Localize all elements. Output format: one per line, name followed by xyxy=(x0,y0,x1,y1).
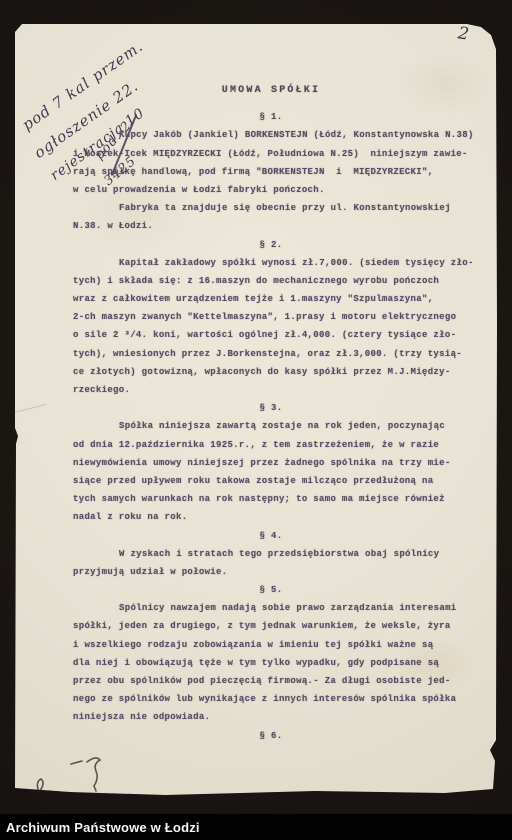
ink-smudges xyxy=(19,750,169,805)
paragraph: Kapitał zakładowy spółki wynosi zł.7,000… xyxy=(73,254,469,400)
text-line: przez obu spólników pod pieczęcią firmow… xyxy=(73,672,469,690)
section-heading: § 1. xyxy=(73,108,469,126)
text-line: rzeckiego. xyxy=(73,381,469,399)
text-line: tych) i składa się: z 16.maszyn do mecha… xyxy=(73,272,469,290)
document-page: pod 7 kal przem. ogłoszenie 22. rejestra… xyxy=(15,24,497,796)
text-line: w celu prowadzenia w Łodzi fabryki pończ… xyxy=(73,181,469,199)
section-heading: § 5. xyxy=(73,581,469,599)
text-line: Kupcy Jakób (Jankiel) BORKENSTEJN (Łódź,… xyxy=(73,126,469,144)
text-line: tych), wniesionych przez J.Borkenstejna,… xyxy=(73,345,469,363)
text-line: siące przed upływem roku takowa zostaje … xyxy=(73,472,469,490)
paragraph: Kupcy Jakób (Jankiel) BORKENSTEJN (Łódź,… xyxy=(73,126,469,199)
document-title: UMOWA SPÓŁKI xyxy=(73,82,469,100)
paragraph: Spólnicy nawzajem nadają sobie prawo zar… xyxy=(73,599,469,726)
text-line: W zyskach i stratach tego przedsiębiorst… xyxy=(73,545,469,563)
archive-name: Archiwum Państwowe w Łodzi xyxy=(0,820,200,835)
text-line: i Moszek-Icek MIĘDZYRZECKI (Łódź, Połudn… xyxy=(73,145,469,163)
paragraph: Fabryka ta znajduje się obecnie przy ul.… xyxy=(73,199,469,235)
text-line: niniejsza nie odpowiada. xyxy=(73,708,469,726)
section-heading: § 6. xyxy=(73,727,469,745)
section-heading: § 3. xyxy=(73,399,469,417)
page-number: 2 xyxy=(457,23,471,44)
document-blocks: § 1.Kupcy Jakób (Jankiel) BORKENSTEJN (Ł… xyxy=(73,108,469,745)
text-line: ce złotych) gotowizną, wpłaconych do kas… xyxy=(73,363,469,381)
text-line: tych samych warunkach na rok następny; t… xyxy=(73,490,469,508)
text-line: dla niej i obowiązują tęże w tym tylko w… xyxy=(73,654,469,672)
archive-scan-view: { "page": { "number": "2" }, "annotation… xyxy=(0,0,512,840)
text-line: przyjmują udział w połowie. xyxy=(73,563,469,581)
text-line: od dnia 12.października 1925.r., z tem z… xyxy=(73,436,469,454)
text-line: o sile 2 ³/4. koni, wartości ogólnej zł.… xyxy=(73,326,469,344)
paragraph: Spółka niniejsza zawartą zostaje na rok … xyxy=(73,417,469,526)
text-line: i wszelkiego rodzaju zobowiązania w imie… xyxy=(73,636,469,654)
text-line: rają spółkę handlową, pod firmą "BORKENS… xyxy=(73,163,469,181)
text-line: 2-ch maszyn zwanych "Kettelmaszyna", 1.p… xyxy=(73,308,469,326)
text-line: nadal z roku na rok. xyxy=(73,508,469,526)
paper-crease xyxy=(13,404,46,413)
text-line: spółki, jeden za drugiego, z tym jednak … xyxy=(73,617,469,635)
text-line: Spólnicy nawzajem nadają sobie prawo zar… xyxy=(73,599,469,617)
text-line: Kapitał zakładowy spółki wynosi zł.7,000… xyxy=(73,254,469,272)
typed-text: UMOWA SPÓŁKI § 1.Kupcy Jakób (Jankiel) B… xyxy=(73,82,469,745)
text-line: Spółka niniejsza zawartą zostaje na rok … xyxy=(73,417,469,435)
text-line: nego ze spólników lub wynikające z innyc… xyxy=(73,690,469,708)
text-line: Fabryka ta znajduje się obecnie przy ul.… xyxy=(73,199,469,217)
text-line: niewymówienia umowy niniejszej przez żad… xyxy=(73,454,469,472)
archive-footer-bar: Archiwum Państwowe w Łodzi xyxy=(0,814,512,840)
paragraph: W zyskach i stratach tego przedsiębiorst… xyxy=(73,545,469,581)
text-line: wraz z całkowitem urządzeniem tejże i 1.… xyxy=(73,290,469,308)
text-line: N.38. w Łodzi. xyxy=(73,217,469,235)
section-heading: § 2. xyxy=(73,236,469,254)
section-heading: § 4. xyxy=(73,527,469,545)
